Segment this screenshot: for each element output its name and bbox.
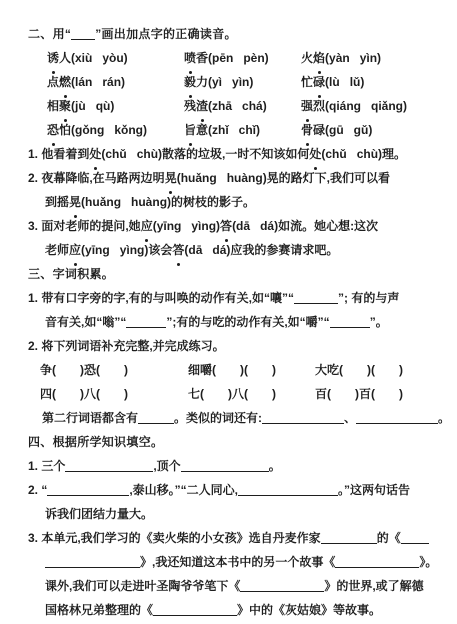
dotted-char: 恐 bbox=[47, 118, 59, 142]
blank-field bbox=[356, 411, 438, 424]
dotted-char: 喷 bbox=[184, 46, 196, 70]
dotted-char: 毅 bbox=[184, 70, 196, 94]
text-run: 四( )八( ) bbox=[40, 387, 128, 401]
pinyin-word: 相聚(jù qù) bbox=[47, 94, 184, 118]
text-run: 》。 bbox=[419, 555, 437, 569]
pinyin-word: 毅力(yì yìn) bbox=[184, 70, 301, 94]
text-run: 。 bbox=[438, 411, 450, 425]
idiom-grid-row: 四( )八( )七( )八( )百( )百( ) bbox=[40, 382, 445, 406]
blank-field bbox=[238, 483, 338, 496]
text-run: 诉我们团结力量大。 bbox=[45, 507, 153, 521]
blank-field bbox=[240, 579, 324, 592]
fill-2-line-2: 诉我们团结力量大。 bbox=[28, 502, 445, 526]
fill-3-line-3: 课外,我们可以走进叶圣陶爷爷笔下《》的世界,或了解德 bbox=[28, 574, 445, 598]
text-run: ”;有的与吃的动作有关,如“嚼”“ bbox=[166, 315, 329, 329]
fill-3-line-4: 国格林兄弟整理的《》中的《灰姑娘》等故事。 bbox=[28, 598, 445, 622]
text-run: 的《 bbox=[377, 531, 401, 545]
text-run: 3. 面对老师的提问,她 bbox=[28, 219, 141, 233]
text-run: 》,我还知道这本书中的另一个故事《 bbox=[140, 555, 335, 569]
pinyin-word: 忙碌(lù lǔ) bbox=[301, 70, 445, 94]
dotted-char: 旨 bbox=[184, 118, 196, 142]
dotted-char: 答 bbox=[220, 214, 232, 238]
text-run: (yīng yìng)该会 bbox=[81, 243, 172, 257]
text-run: 相 bbox=[47, 99, 59, 113]
radical-question-line-2: 音有关,如“嗡”“”;有的与吃的动作有关,如“嚼”“”。 bbox=[28, 310, 445, 334]
text-run: 2. 夜幕降临,在马路两边明 bbox=[28, 171, 165, 185]
dotted-char: 聚 bbox=[59, 94, 71, 118]
radical-question-line-1: 1. 带有口字旁的字,有的与叫唤的动作有关,如“嚷”“”; 有的与声 bbox=[28, 286, 445, 310]
text-run: 七( )八( ) bbox=[188, 387, 276, 401]
dotted-char: 渣 bbox=[196, 94, 208, 118]
pinyin-word-grid-row: 相聚(jù qù)残渣(zhā chá)强烈(qiáng qiǎng) bbox=[47, 94, 445, 118]
sentence-2-line-2: 到摇晃(huǎng huàng)的树枝的影子。 bbox=[28, 190, 445, 214]
text-run: 2. “ bbox=[28, 483, 47, 497]
pinyin-word-grid-row: 诱人(xiù yòu)喷香(pēn pèn)火焰(yàn yìn) bbox=[47, 46, 445, 70]
text-run: (dā dá)应我的参赛请求吧。 bbox=[184, 243, 338, 257]
text-run: 、 bbox=[344, 411, 356, 425]
text-run: (chǔ chù)散落的垃圾,一时不知该如何 bbox=[101, 147, 309, 161]
text-run: 残 bbox=[184, 99, 196, 113]
text-run: 课外,我们可以走进叶圣陶爷爷笔下《 bbox=[45, 579, 240, 593]
text-run: 点 bbox=[47, 75, 59, 89]
dotted-char: 答 bbox=[172, 238, 184, 262]
blank-field bbox=[181, 459, 269, 472]
text-run: 三、字词积累。 bbox=[28, 267, 114, 281]
text-run: ”。 bbox=[370, 315, 388, 329]
text-run: 。类似的词还有: bbox=[174, 411, 262, 425]
dotted-char: 燃 bbox=[59, 70, 71, 94]
text-run: ,顶个 bbox=[153, 459, 180, 473]
pinyin-word: 点燃(lán rán) bbox=[47, 70, 184, 94]
dotted-char: 碌 bbox=[313, 70, 325, 94]
idiom-grid-row: 争( )恐( )细嚼( )( )大吃( )( ) bbox=[40, 358, 445, 382]
text-run: 大吃( )( ) bbox=[315, 363, 403, 377]
pinyin-word: 骨碌(gū gǔ) bbox=[301, 118, 445, 142]
document-content: 二、用“”画出加点字的正确读音。诱人(xiù yòu)喷香(pēn pèn)火焰… bbox=[28, 22, 445, 622]
text-run: (yàn yìn) bbox=[325, 51, 381, 65]
text-run: (zhā chá) bbox=[208, 99, 267, 113]
text-run: 烈(qiáng qiǎng) bbox=[313, 99, 407, 113]
text-run: (dā dá)如流。她心想:这次 bbox=[232, 219, 378, 233]
idiom-cell: 争( )恐( ) bbox=[40, 358, 188, 382]
dotted-char: 诱 bbox=[47, 46, 59, 70]
dotted-char: 骨 bbox=[301, 118, 313, 142]
text-run: 》的世界,或了解德 bbox=[324, 579, 423, 593]
dotted-char: 焰 bbox=[313, 46, 325, 70]
pinyin-word: 恐怕(gǒng kǒng) bbox=[47, 118, 184, 142]
text-run: 。 bbox=[269, 459, 281, 473]
sentence-2-line-1: 2. 夜幕降临,在马路两边明晃(huǎng huàng)晃的路灯下,我们可以看 bbox=[28, 166, 445, 190]
dotted-char: 强 bbox=[301, 94, 313, 118]
text-run: 2. 将下列词语补充完整,并完成练习。 bbox=[28, 339, 225, 353]
text-run: (jù qù) bbox=[71, 99, 114, 113]
sentence-3-line-1: 3. 面对老师的提问,她应(yīng yìng)答(dā dá)如流。她心想:这… bbox=[28, 214, 445, 238]
idiom-followup: 第二行词语都含有。类似的词还有:、。 bbox=[28, 406, 445, 430]
text-run: 火 bbox=[301, 51, 313, 65]
blank-field bbox=[262, 411, 344, 424]
dotted-char: 处 bbox=[89, 142, 101, 166]
blank-field bbox=[153, 603, 237, 616]
blank-field bbox=[65, 459, 153, 472]
section-3-heading: 三、字词积累。 bbox=[28, 262, 445, 286]
text-run: 1. 三个 bbox=[28, 459, 65, 473]
text-run: 意(zhǐ chǐ) bbox=[196, 123, 260, 137]
text-run: 》中的《灰姑娘》等故事。 bbox=[237, 603, 381, 617]
idiom-cell: 百( )百( ) bbox=[315, 382, 445, 406]
text-run: 四、根据所学知识填空。 bbox=[28, 435, 163, 449]
idiom-question-intro: 2. 将下列词语补充完整,并完成练习。 bbox=[28, 334, 445, 358]
worksheet-page: 二、用“”画出加点字的正确读音。诱人(xiù yòu)喷香(pēn pèn)火焰… bbox=[0, 0, 457, 624]
dotted-char: 应 bbox=[69, 238, 81, 262]
text-run: (lù lǔ) bbox=[325, 75, 364, 89]
idiom-cell: 七( )八( ) bbox=[188, 382, 315, 406]
dotted-char: 应 bbox=[141, 214, 153, 238]
pinyin-word: 喷香(pēn pèn) bbox=[184, 46, 301, 70]
text-run: ,泰山移。”“二人同心, bbox=[129, 483, 238, 497]
text-run: ”画出加点字的正确读音。 bbox=[95, 27, 237, 41]
text-run: 1. 他看着到 bbox=[28, 147, 89, 161]
blank-field bbox=[126, 315, 166, 328]
blank-field bbox=[45, 555, 140, 568]
pinyin-word-grid: 诱人(xiù yòu)喷香(pēn pèn)火焰(yàn yìn)点燃(lán … bbox=[28, 46, 445, 142]
blank-field bbox=[138, 411, 174, 424]
pinyin-word: 残渣(zhā chá) bbox=[184, 94, 301, 118]
dotted-char: 处 bbox=[309, 142, 321, 166]
text-run: 老师 bbox=[45, 243, 69, 257]
text-run: 忙 bbox=[301, 75, 313, 89]
fill-2-line-1: 2. “,泰山移。”“二人同心,。”这两句话告 bbox=[28, 478, 445, 502]
blank-field bbox=[321, 531, 377, 544]
pinyin-word: 诱人(xiù yòu) bbox=[47, 46, 184, 70]
text-run: (huǎng huàng)晃的路灯下,我们可以看 bbox=[177, 171, 390, 185]
text-run: 香(pēn pèn) bbox=[196, 51, 269, 65]
fill-1: 1. 三个,顶个。 bbox=[28, 454, 445, 478]
dotted-char: 晃 bbox=[165, 166, 177, 190]
pinyin-word: 火焰(yàn yìn) bbox=[301, 46, 445, 70]
text-run: 。”这两句话告 bbox=[338, 483, 410, 497]
blank-field bbox=[294, 291, 338, 304]
text-run: 人(xiù yòu) bbox=[59, 51, 128, 65]
section-4-heading: 四、根据所学知识填空。 bbox=[28, 430, 445, 454]
fill-3-line-2: 》,我还知道这本书中的另一个故事《》。 bbox=[28, 550, 445, 574]
text-run: (huǎng huàng)的树枝的影子。 bbox=[81, 195, 255, 209]
text-run: 细嚼( )( ) bbox=[188, 363, 276, 377]
blank-field bbox=[401, 531, 429, 544]
pinyin-word: 强烈(qiáng qiǎng) bbox=[301, 94, 445, 118]
text-run: 到摇 bbox=[45, 195, 69, 209]
text-run: 怕(gǒng kǒng) bbox=[59, 123, 147, 137]
text-run: 音有关,如“嗡”“ bbox=[45, 315, 126, 329]
sentence-1: 1. 他看着到处(chǔ chù)散落的垃圾,一时不知该如何处(chǔ chù)… bbox=[28, 142, 445, 166]
text-run: 第二行词语都含有 bbox=[42, 411, 138, 425]
blank-field bbox=[335, 555, 419, 568]
text-run: 碌(gū gǔ) bbox=[313, 123, 372, 137]
text-run: 力(yì yìn) bbox=[196, 75, 253, 89]
text-run: 百( )百( ) bbox=[315, 387, 403, 401]
pinyin-word-grid-row: 恐怕(gǒng kǒng)旨意(zhǐ chǐ)骨碌(gū gǔ) bbox=[47, 118, 445, 142]
text-run: ”; 有的与声 bbox=[338, 291, 399, 305]
idiom-cell: 四( )八( ) bbox=[40, 382, 188, 406]
text-run: 国格林兄弟整理的《 bbox=[45, 603, 153, 617]
section-2-heading: 二、用“”画出加点字的正确读音。 bbox=[28, 22, 445, 46]
fill-3-line-1: 3. 本单元,我们学习的《卖火柴的小女孩》选自丹麦作家的《 bbox=[28, 526, 445, 550]
dotted-char: 晃 bbox=[69, 190, 81, 214]
blank-field bbox=[47, 483, 129, 496]
blank-field bbox=[330, 315, 370, 328]
blank-field bbox=[71, 27, 95, 40]
text-run: (yīng yìng) bbox=[153, 219, 220, 233]
idiom-grid: 争( )恐( )细嚼( )( )大吃( )( )四( )八( )七( )八( )… bbox=[28, 358, 445, 406]
text-run: (lán rán) bbox=[71, 75, 125, 89]
pinyin-word-grid-row: 点燃(lán rán)毅力(yì yìn)忙碌(lù lǔ) bbox=[47, 70, 445, 94]
text-run: 3. 本单元,我们学习的《卖火柴的小女孩》选自丹麦作家 bbox=[28, 531, 321, 545]
text-run: 二、用“ bbox=[28, 27, 71, 41]
text-run: 争( )恐( ) bbox=[40, 363, 128, 377]
idiom-cell: 细嚼( )( ) bbox=[188, 358, 315, 382]
idiom-cell: 大吃( )( ) bbox=[315, 358, 445, 382]
text-run: (chǔ chù)理。 bbox=[321, 147, 406, 161]
sentence-3-line-2: 老师应(yīng yìng)该会答(dā dá)应我的参赛请求吧。 bbox=[28, 238, 445, 262]
text-run: 1. 带有口字旁的字,有的与叫唤的动作有关,如“嚷”“ bbox=[28, 291, 294, 305]
